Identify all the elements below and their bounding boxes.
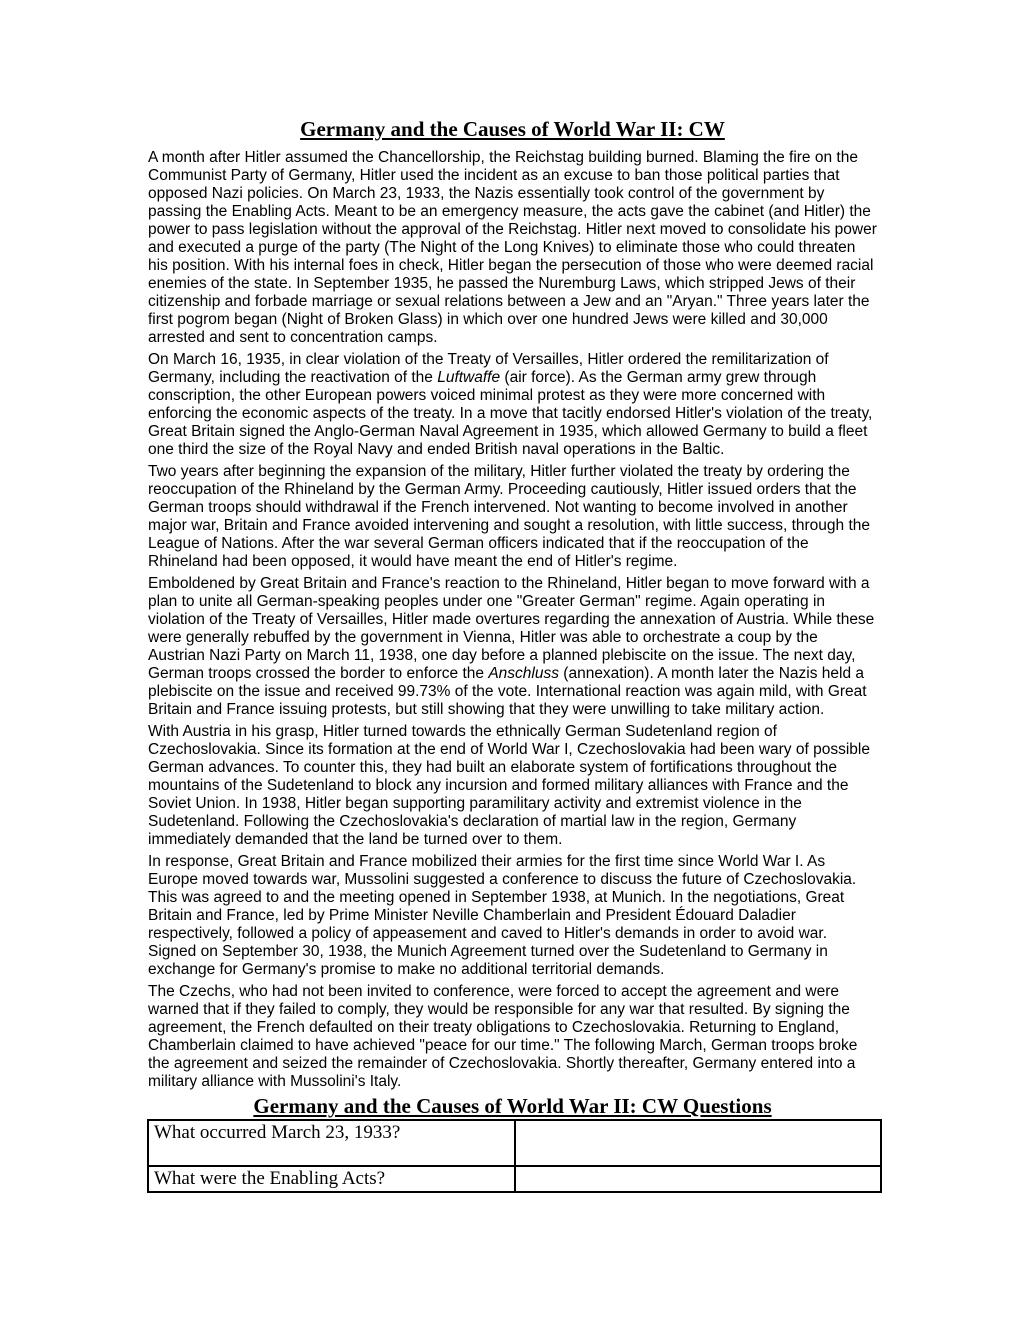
- paragraph-czech-aftermath: The Czechs, who had not been invited to …: [148, 983, 877, 1091]
- questions-heading: Germany and the Causes of World War II: …: [148, 1095, 877, 1117]
- questions-table: What occurred March 23, 1933? What were …: [147, 1119, 882, 1193]
- table-row: What were the Enabling Acts?: [148, 1166, 881, 1192]
- question-cell: What occurred March 23, 1933?: [148, 1120, 515, 1166]
- document-title: Germany and the Causes of World War II: …: [148, 118, 877, 141]
- answer-cell[interactable]: [515, 1120, 881, 1166]
- question-cell: What were the Enabling Acts?: [148, 1166, 515, 1192]
- paragraph-rhineland: Two years after beginning the expansion …: [148, 463, 877, 571]
- answer-cell[interactable]: [515, 1166, 881, 1192]
- document-page: Germany and the Causes of World War II: …: [148, 0, 877, 1193]
- table-row: What occurred March 23, 1933?: [148, 1120, 881, 1166]
- paragraph-sudetenland: With Austria in his grasp, Hitler turned…: [148, 723, 877, 849]
- paragraph-remilitarization: On March 16, 1935, in clear violation of…: [148, 351, 877, 459]
- paragraph-reichstag-enabling-acts: A month after Hitler assumed the Chancel…: [148, 149, 877, 347]
- paragraph-munich-agreement: In response, Great Britain and France mo…: [148, 853, 877, 979]
- paragraph-anschluss: Emboldened by Great Britain and France's…: [148, 575, 877, 719]
